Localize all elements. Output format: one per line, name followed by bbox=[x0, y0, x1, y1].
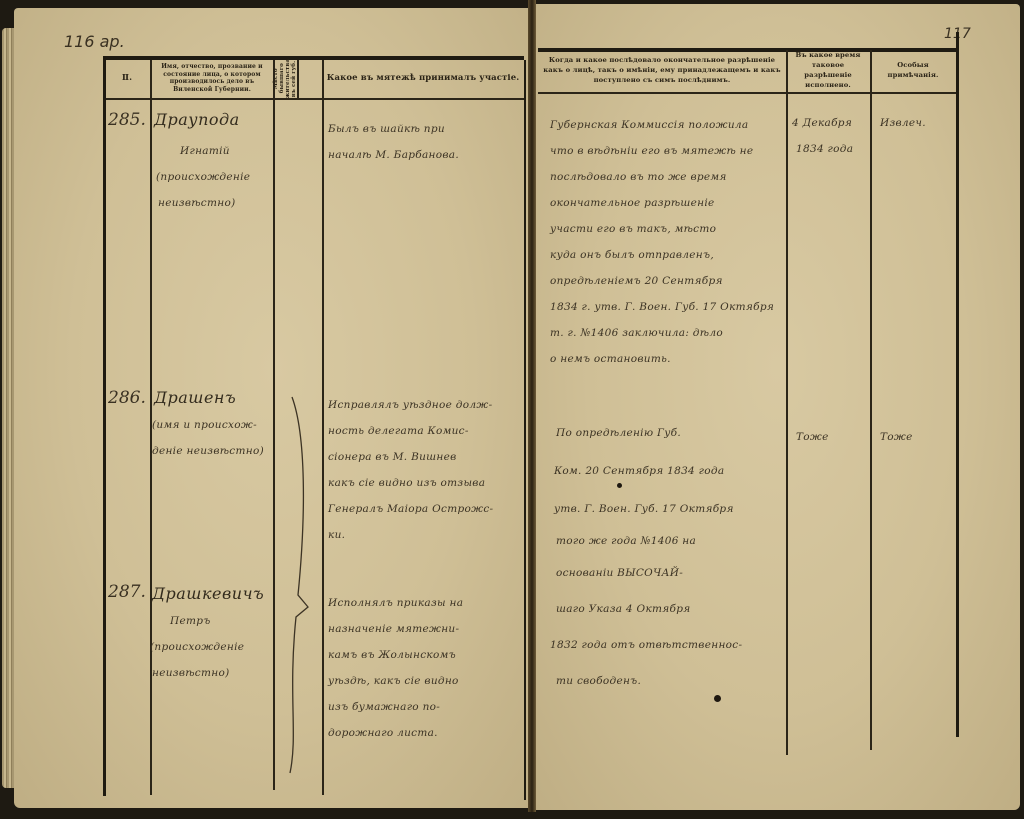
resolution-line: ти свободенъ. bbox=[556, 668, 641, 694]
person-line: неизвѣстно) bbox=[158, 190, 235, 216]
left-col-rule-4 bbox=[524, 60, 526, 800]
header-notes: Особыя примѣчанія. bbox=[872, 50, 954, 90]
header-residence: Мѣсто бывшаго жительства въ сей губ. bbox=[274, 60, 296, 98]
executed-line: 4 Декабря bbox=[792, 110, 852, 136]
person-line: Петръ bbox=[170, 608, 211, 634]
resolution-line: Губернская Коммиссія положила bbox=[550, 112, 748, 138]
person-line: (происхожденіе bbox=[156, 164, 250, 190]
resolution-line: По опредѣленію Губ. bbox=[556, 420, 681, 446]
person-line: Игнатій bbox=[180, 138, 230, 164]
participation-line: камъ въ Жолынскомъ bbox=[328, 642, 456, 668]
person-line: (происхожденіе bbox=[150, 634, 244, 660]
participation-line: ки. bbox=[328, 522, 345, 548]
header-executed: Въ какое время таковое разрѣшеніе исполн… bbox=[788, 50, 868, 90]
executed-cell: Тоже bbox=[796, 424, 829, 450]
resolution-line: Ком. 20 Сентября 1834 года bbox=[554, 458, 724, 484]
ink-spot bbox=[617, 483, 622, 488]
header-person: Имя, отчество, прозвание и состояние лиц… bbox=[152, 60, 272, 96]
resolution-line: что в вѣдѣніи его въ мятежѣ не bbox=[550, 138, 753, 164]
resolution-line: того же года №1406 на bbox=[556, 528, 696, 554]
entry-number: 285. bbox=[108, 110, 146, 130]
participation-line: уѣздѣ, какъ сіе видно bbox=[328, 668, 459, 694]
participation-line: Былъ въ шайкѣ при bbox=[328, 116, 445, 142]
resolution-line: послѣдовало въ то же время bbox=[550, 164, 727, 190]
entry-surname: Драупода bbox=[154, 110, 240, 129]
participation-line: сіонера въ М. Вишнев bbox=[328, 444, 457, 470]
resolution-line: т. г. №1406 заключила: дѣло bbox=[550, 320, 723, 346]
grouping-brace bbox=[270, 395, 320, 775]
resolution-line: окончательное разрѣшеніе bbox=[550, 190, 715, 216]
participation-line: Генералъ Маіора Острожс- bbox=[328, 496, 493, 522]
person-line: деніе неизвѣстно) bbox=[152, 438, 264, 464]
participation-line: изъ бумажнаго по- bbox=[328, 694, 440, 720]
resolution-line: участи его въ такъ, мѣсто bbox=[550, 216, 716, 242]
entry-number: 287. bbox=[108, 582, 146, 602]
resolution-line: 1832 года отъ отвѣтственнос- bbox=[550, 632, 742, 658]
entry-number: 286. bbox=[108, 388, 146, 408]
notes-cell: Тоже bbox=[880, 424, 913, 450]
resolution-line: 1834 г. утв. Г. Воен. Губ. 17 Октября bbox=[550, 294, 774, 320]
entry-surname: Драшкевичъ bbox=[152, 584, 264, 603]
person-line: неизвѣстно) bbox=[152, 660, 229, 686]
person-line: (имя и происхож- bbox=[152, 412, 257, 438]
left-col-rule-2b bbox=[297, 60, 299, 98]
right-header-bottom-rule bbox=[538, 92, 958, 94]
participation-line: Исправлялъ уѣздное долж- bbox=[328, 392, 492, 418]
header-number: Ⅱ. bbox=[106, 60, 148, 96]
resolution-line: основаніи ВЫСОЧАЙ- bbox=[556, 560, 683, 586]
entry-surname: Драшенъ bbox=[154, 388, 236, 407]
resolution-line: шаго Указа 4 Октября bbox=[556, 596, 691, 622]
header-resolution: Когда и какое послѣдовало окончательное … bbox=[540, 50, 784, 90]
right-col-rule-1 bbox=[786, 50, 788, 755]
right-outer-rule bbox=[956, 32, 959, 737]
left-header-bottom-rule bbox=[104, 98, 524, 100]
participation-line: ность делегата Комис- bbox=[328, 418, 469, 444]
resolution-line: утв. Г. Воен. Губ. 17 Октября bbox=[554, 496, 734, 522]
participation-line: Исполнялъ приказы на bbox=[328, 590, 463, 616]
resolution-line: куда онъ былъ отправленъ, bbox=[550, 242, 714, 268]
participation-line: назначеніе мятежни- bbox=[328, 616, 459, 642]
participation-line: какъ сіе видно изъ отзыва bbox=[328, 470, 485, 496]
notes-cell: Извлеч. bbox=[880, 110, 926, 136]
left-col-rule-3 bbox=[322, 60, 324, 795]
participation-line: дорожнаго листа. bbox=[328, 720, 438, 746]
participation-line: началѣ М. Барбанова. bbox=[328, 142, 459, 168]
right-col-rule-2 bbox=[870, 50, 872, 750]
left-folio-mark: 116 ар. bbox=[64, 32, 125, 51]
resolution-line: опредѣленіемъ 20 Сентября bbox=[550, 268, 723, 294]
ink-spot bbox=[714, 695, 721, 702]
executed-line: 1834 года bbox=[796, 136, 853, 162]
left-outer-rule bbox=[103, 56, 106, 796]
header-participation: Какое въ мятежѣ принималъ участіе. bbox=[324, 60, 522, 96]
book-gutter bbox=[528, 0, 536, 812]
resolution-line: о немъ остановить. bbox=[550, 346, 671, 372]
